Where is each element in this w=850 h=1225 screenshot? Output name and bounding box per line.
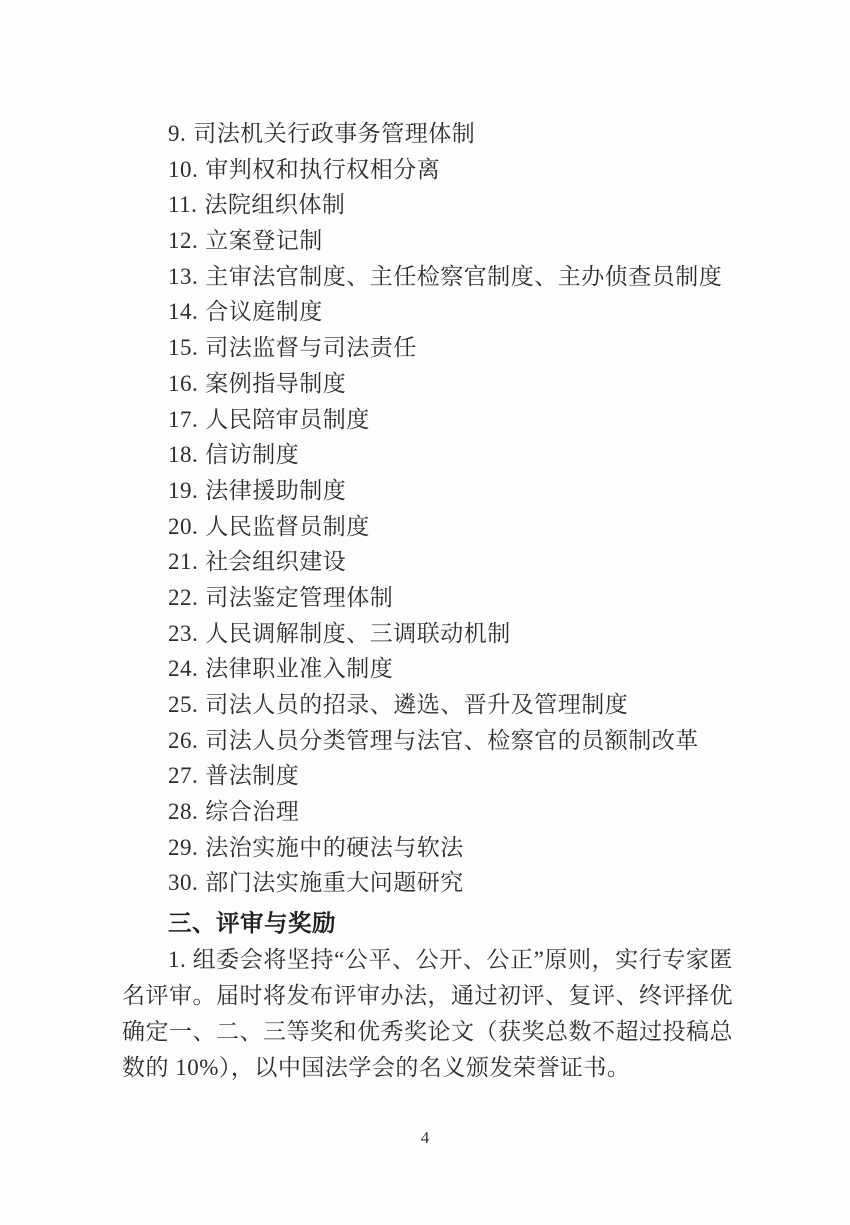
topic-text: 普法制度 bbox=[205, 763, 299, 788]
section-heading: 三、评审与奖励 bbox=[122, 906, 733, 942]
topic-number: 14. bbox=[168, 294, 198, 330]
topic-text: 部门法实施重大问题研究 bbox=[205, 870, 464, 895]
topic-item: 12.立案登记制 bbox=[168, 223, 733, 259]
review-paragraph: 1. 组委会将坚持“公平、公开、公正”原则，实行专家匿名评审。届时将发布评审办法… bbox=[122, 942, 733, 1086]
topic-text: 主审法官制度、主任检察官制度、主办侦查员制度 bbox=[205, 264, 722, 289]
topic-item: 28.综合治理 bbox=[168, 794, 733, 830]
topic-text: 法律援助制度 bbox=[205, 478, 346, 503]
topic-number: 18. bbox=[168, 437, 198, 473]
topic-item: 29.法治实施中的硬法与软法 bbox=[168, 830, 733, 866]
topic-number: 10. bbox=[168, 152, 198, 188]
topic-text: 人民调解制度、三调联动机制 bbox=[205, 621, 511, 646]
topic-item: 27.普法制度 bbox=[168, 758, 733, 794]
topic-item: 14.合议庭制度 bbox=[168, 294, 733, 330]
topic-number: 19. bbox=[168, 473, 198, 509]
topic-text: 人民陪审员制度 bbox=[205, 407, 370, 432]
topic-item: 9.司法机关行政事务管理体制 bbox=[168, 116, 733, 152]
topic-list: 9.司法机关行政事务管理体制 10.审判权和执行权相分离 11.法院组织体制 1… bbox=[122, 116, 733, 901]
topic-number: 17. bbox=[168, 402, 198, 438]
topic-text: 司法人员的招录、遴选、晋升及管理制度 bbox=[205, 692, 628, 717]
topic-text: 综合治理 bbox=[205, 799, 299, 824]
topic-item: 13.主审法官制度、主任检察官制度、主办侦查员制度 bbox=[168, 259, 733, 295]
topic-text: 司法监督与司法责任 bbox=[205, 335, 417, 360]
topic-item: 15.司法监督与司法责任 bbox=[168, 330, 733, 366]
topic-item: 24.法律职业准入制度 bbox=[168, 651, 733, 687]
document-content: 9.司法机关行政事务管理体制 10.审判权和执行权相分离 11.法院组织体制 1… bbox=[122, 116, 733, 1086]
topic-item: 26.司法人员分类管理与法官、检察官的员额制改革 bbox=[168, 723, 733, 759]
topic-item: 21.社会组织建设 bbox=[168, 544, 733, 580]
topic-item: 25.司法人员的招录、遴选、晋升及管理制度 bbox=[168, 687, 733, 723]
document-page: 9.司法机关行政事务管理体制 10.审判权和执行权相分离 11.法院组织体制 1… bbox=[0, 0, 850, 1225]
topic-text: 司法鉴定管理体制 bbox=[205, 585, 393, 610]
topic-text: 法律职业准入制度 bbox=[205, 656, 393, 681]
topic-number: 30. bbox=[168, 865, 198, 901]
topic-text: 审判权和执行权相分离 bbox=[205, 157, 440, 182]
topic-text: 法治实施中的硬法与软法 bbox=[205, 835, 464, 860]
topic-item: 18.信访制度 bbox=[168, 437, 733, 473]
topic-item: 17.人民陪审员制度 bbox=[168, 402, 733, 438]
topic-number: 16. bbox=[168, 366, 198, 402]
topic-item: 19.法律援助制度 bbox=[168, 473, 733, 509]
topic-number: 22. bbox=[168, 580, 198, 616]
topic-number: 23. bbox=[168, 616, 198, 652]
topic-item: 11.法院组织体制 bbox=[168, 187, 733, 223]
topic-number: 28. bbox=[168, 794, 198, 830]
topic-text: 法院组织体制 bbox=[204, 192, 345, 217]
topic-text: 司法人员分类管理与法官、检察官的员额制改革 bbox=[205, 728, 699, 753]
topic-item: 16.案例指导制度 bbox=[168, 366, 733, 402]
topic-item: 10.审判权和执行权相分离 bbox=[168, 152, 733, 188]
topic-number: 25. bbox=[168, 687, 198, 723]
topic-text: 人民监督员制度 bbox=[205, 514, 370, 539]
topic-text: 合议庭制度 bbox=[205, 299, 323, 324]
topic-number: 29. bbox=[168, 830, 198, 866]
topic-number: 11. bbox=[168, 187, 197, 223]
topic-text: 社会组织建设 bbox=[205, 549, 346, 574]
topic-number: 15. bbox=[168, 330, 198, 366]
topic-item: 23.人民调解制度、三调联动机制 bbox=[168, 616, 733, 652]
topic-text: 案例指导制度 bbox=[205, 371, 346, 396]
topic-item: 30.部门法实施重大问题研究 bbox=[168, 865, 733, 901]
page-number: 4 bbox=[0, 1128, 850, 1148]
topic-number: 21. bbox=[168, 544, 198, 580]
topic-text: 立案登记制 bbox=[205, 228, 323, 253]
topic-number: 13. bbox=[168, 259, 198, 295]
topic-number: 20. bbox=[168, 509, 198, 545]
topic-text: 信访制度 bbox=[205, 442, 299, 467]
topic-number: 24. bbox=[168, 651, 198, 687]
topic-number: 27. bbox=[168, 758, 198, 794]
topic-number: 9. bbox=[168, 116, 186, 152]
topic-text: 司法机关行政事务管理体制 bbox=[193, 121, 475, 146]
topic-number: 12. bbox=[168, 223, 198, 259]
topic-number: 26. bbox=[168, 723, 198, 759]
topic-item: 20.人民监督员制度 bbox=[168, 509, 733, 545]
topic-item: 22.司法鉴定管理体制 bbox=[168, 580, 733, 616]
